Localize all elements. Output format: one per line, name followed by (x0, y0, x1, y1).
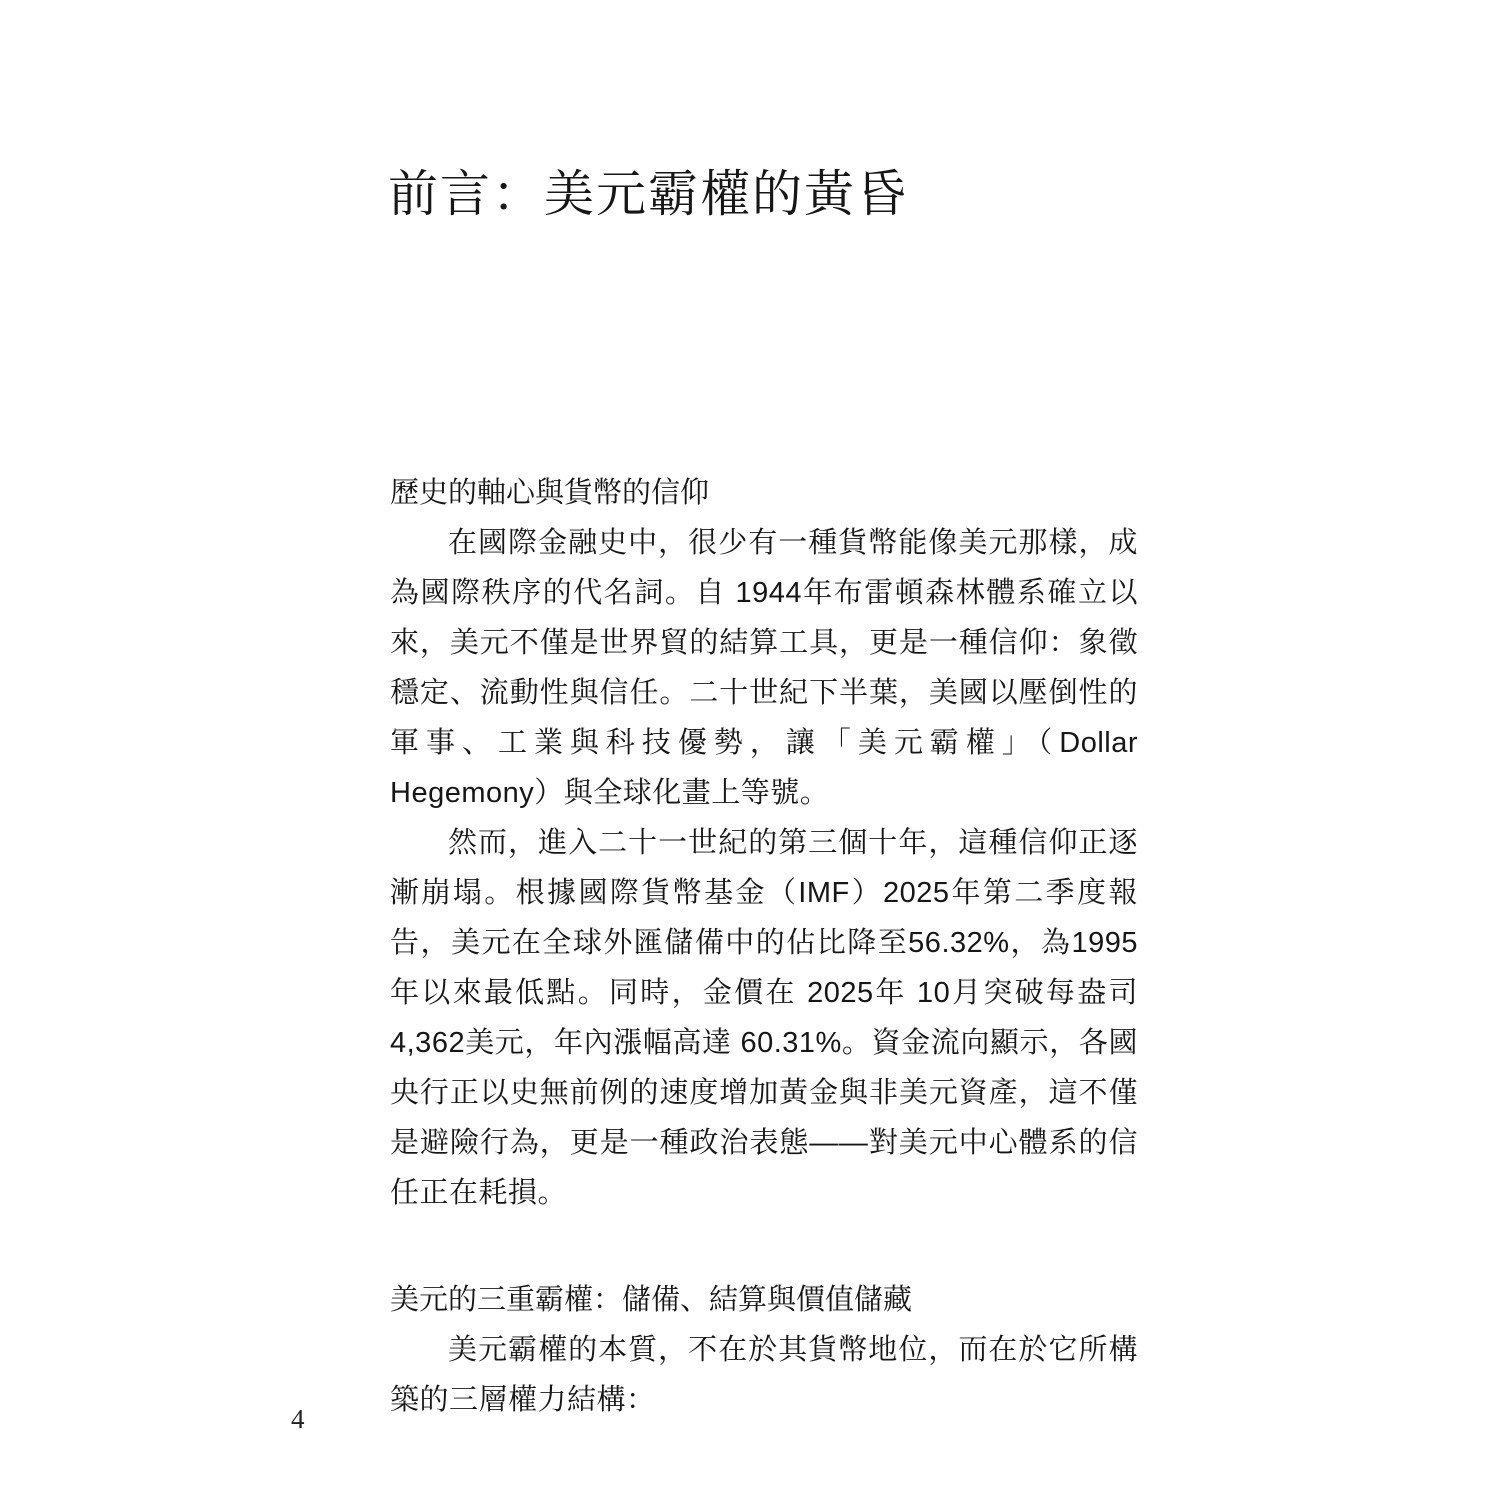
document-page: 前言：美元霸權的黃昏 歷史的軸心與貨幣的信仰 在國際金融史中，很少有一種貨幣能像… (0, 0, 1500, 1500)
page-content: 歷史的軸心與貨幣的信仰 在國際金融史中，很少有一種貨幣能像美元那樣，成為國際秩序… (390, 468, 1138, 1425)
section-history-axis: 歷史的軸心與貨幣的信仰 在國際金融史中，很少有一種貨幣能像美元那樣，成為國際秩序… (390, 468, 1138, 1218)
page-number: 4 (291, 1404, 305, 1435)
paragraph-faith-collapse: 然而，進入二十一世紀的第三個十年，這種信仰正逐漸崩塌。根據國際貨幣基金（IMF）… (390, 818, 1138, 1218)
chapter-title: 前言：美元霸權的黃昏 (388, 163, 908, 226)
section-heading-triple-hegemony: 美元的三重霸權：儲備、結算與價值儲藏 (390, 1275, 1138, 1325)
section-heading-history: 歷史的軸心與貨幣的信仰 (390, 468, 1138, 518)
paragraph-power-structure: 美元霸權的本質，不在於其貨幣地位，而在於它所構築的三層權力結構： (390, 1325, 1138, 1425)
section-triple-hegemony: 美元的三重霸權：儲備、結算與價值儲藏 美元霸權的本質，不在於其貨幣地位，而在於它… (390, 1275, 1138, 1425)
paragraph-dollar-faith: 在國際金融史中，很少有一種貨幣能像美元那樣，成為國際秩序的代名詞。自 1944年… (390, 518, 1138, 818)
